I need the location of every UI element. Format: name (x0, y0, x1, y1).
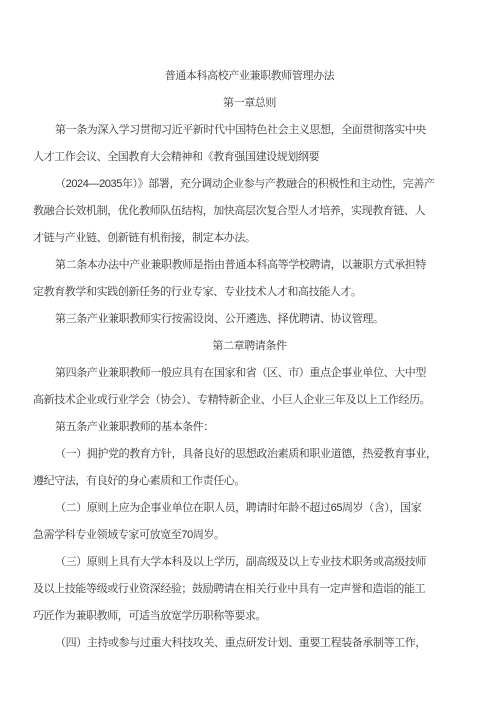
document-line: 高新技术企业或行业学会（协会）、专精特新企业、小巨人企业三年及以上工作经历。 (33, 387, 466, 414)
document-title: 普通本科高校产业兼职教师管理办法 (33, 63, 466, 90)
document-line: 人才工作会议、全国教育大会精神和《教育强国建设规划纲要 (33, 144, 466, 171)
document-line: 定教育教学和实践创新任务的行业专家、专业技术人才和高技能人才。 (33, 279, 466, 306)
document-line: 第一条为深入学习贯彻习近平新时代中国特色社会主义思想，全面贯彻落实中央 (33, 117, 466, 144)
document-line: （三）原则上具有大学本科及以上学历，副高级及以上专业技术职务或高级技师 (33, 549, 466, 576)
document-line: （2024—2035年）》部署，充分调动企业参与产教融合的积极性和主动性，完善产 (33, 171, 466, 198)
document-line: 第四条产业兼职教师一般应具有在国家和省（区、市）重点企事业单位、大中型 (33, 360, 466, 387)
document-line: 第三条产业兼职教师实行按需设岗、公开遴选、择优聘请、协议管理。 (33, 306, 466, 333)
document-line: 才链与产业链、创新链有机衔接，制定本办法。 (33, 225, 466, 252)
document-line: 第二章聘请条件 (33, 333, 466, 360)
document-body: 普通本科高校产业兼职教师管理办法第一章总则第一条为深入学习贯彻习近平新时代中国特… (33, 63, 466, 657)
document-line: （二）原则上应为企事业单位在职人员，聘请时年龄不超过65周岁（含），国家 (33, 495, 466, 522)
document-page: 普通本科高校产业兼职教师管理办法第一章总则第一条为深入学习贯彻习近平新时代中国特… (0, 0, 500, 707)
document-line: 教融合长效机制，优化教师队伍结构，加快高层次复合型人才培养，实现教育链、人 (33, 198, 466, 225)
document-line: （四）主持或参与过重大科技攻关、重点研发计划、重要工程装备承制等工作， (33, 630, 466, 657)
document-line: 巧匠作为兼职教师，可适当放宽学历职称等要求。 (33, 603, 466, 630)
document-line: （一）拥护党的教育方针，具备良好的思想政治素质和职业道德，热爱教育事业， (33, 441, 466, 468)
document-line: 第一章总则 (33, 90, 466, 117)
document-line: 及以上技能等级或行业资深经验；鼓励聘请在相关行业中具有一定声誉和造诣的能工 (33, 576, 466, 603)
document-line: 第五条产业兼职教师的基本条件： (33, 414, 466, 441)
document-line: 遵纪守法，有良好的身心素质和工作责任心。 (33, 468, 466, 495)
document-line: 急需学科专业领域专家可放宽至70周岁。 (33, 522, 466, 549)
document-line: 第二条本办法中产业兼职教师是指由普通本科高等学校聘请，以兼职方式承担特 (33, 252, 466, 279)
